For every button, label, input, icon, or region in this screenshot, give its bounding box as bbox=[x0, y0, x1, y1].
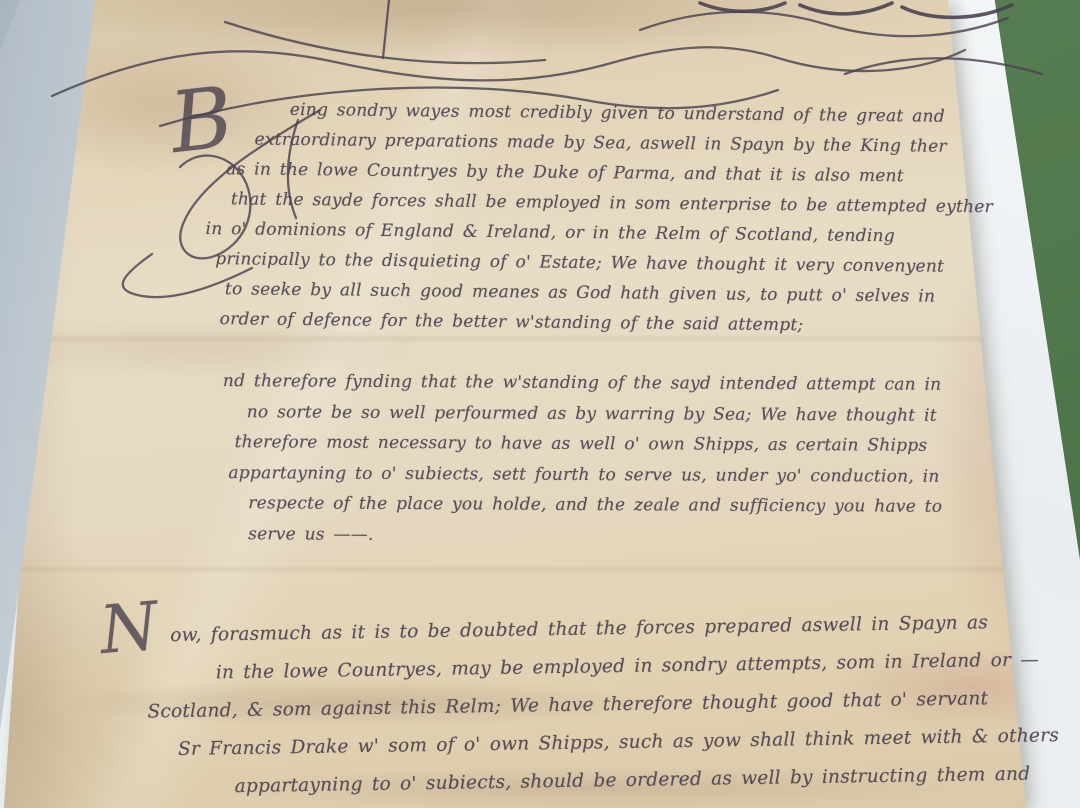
manuscript-paragraph-2: nd therefore fynding that the w'standing… bbox=[204, 366, 943, 553]
manuscript-line: respecte of the place you holde, and the… bbox=[248, 488, 942, 522]
manuscript-line: therefore most necessary to have as well… bbox=[235, 427, 943, 461]
manuscript-line: serve us ——. bbox=[248, 519, 942, 553]
manuscript-line: appartayning to o' subiects, sett fourth… bbox=[228, 458, 942, 492]
manuscript-line: no sorte be so well perfourmed as by war… bbox=[247, 397, 943, 431]
initial-capital: B bbox=[166, 75, 237, 165]
manuscript-paragraph-1: B eing sondry wayes most credibly given … bbox=[202, 94, 994, 342]
manuscript-paragraph-3: N ow, forasmuch as it is to be doubted t… bbox=[112, 603, 1060, 808]
initial-capital: N bbox=[97, 593, 160, 664]
manuscript-line: nd therefore fynding that the w'standing… bbox=[223, 366, 943, 400]
photo-of-manuscript: B eing sondry wayes most credibly given … bbox=[0, 0, 1080, 808]
